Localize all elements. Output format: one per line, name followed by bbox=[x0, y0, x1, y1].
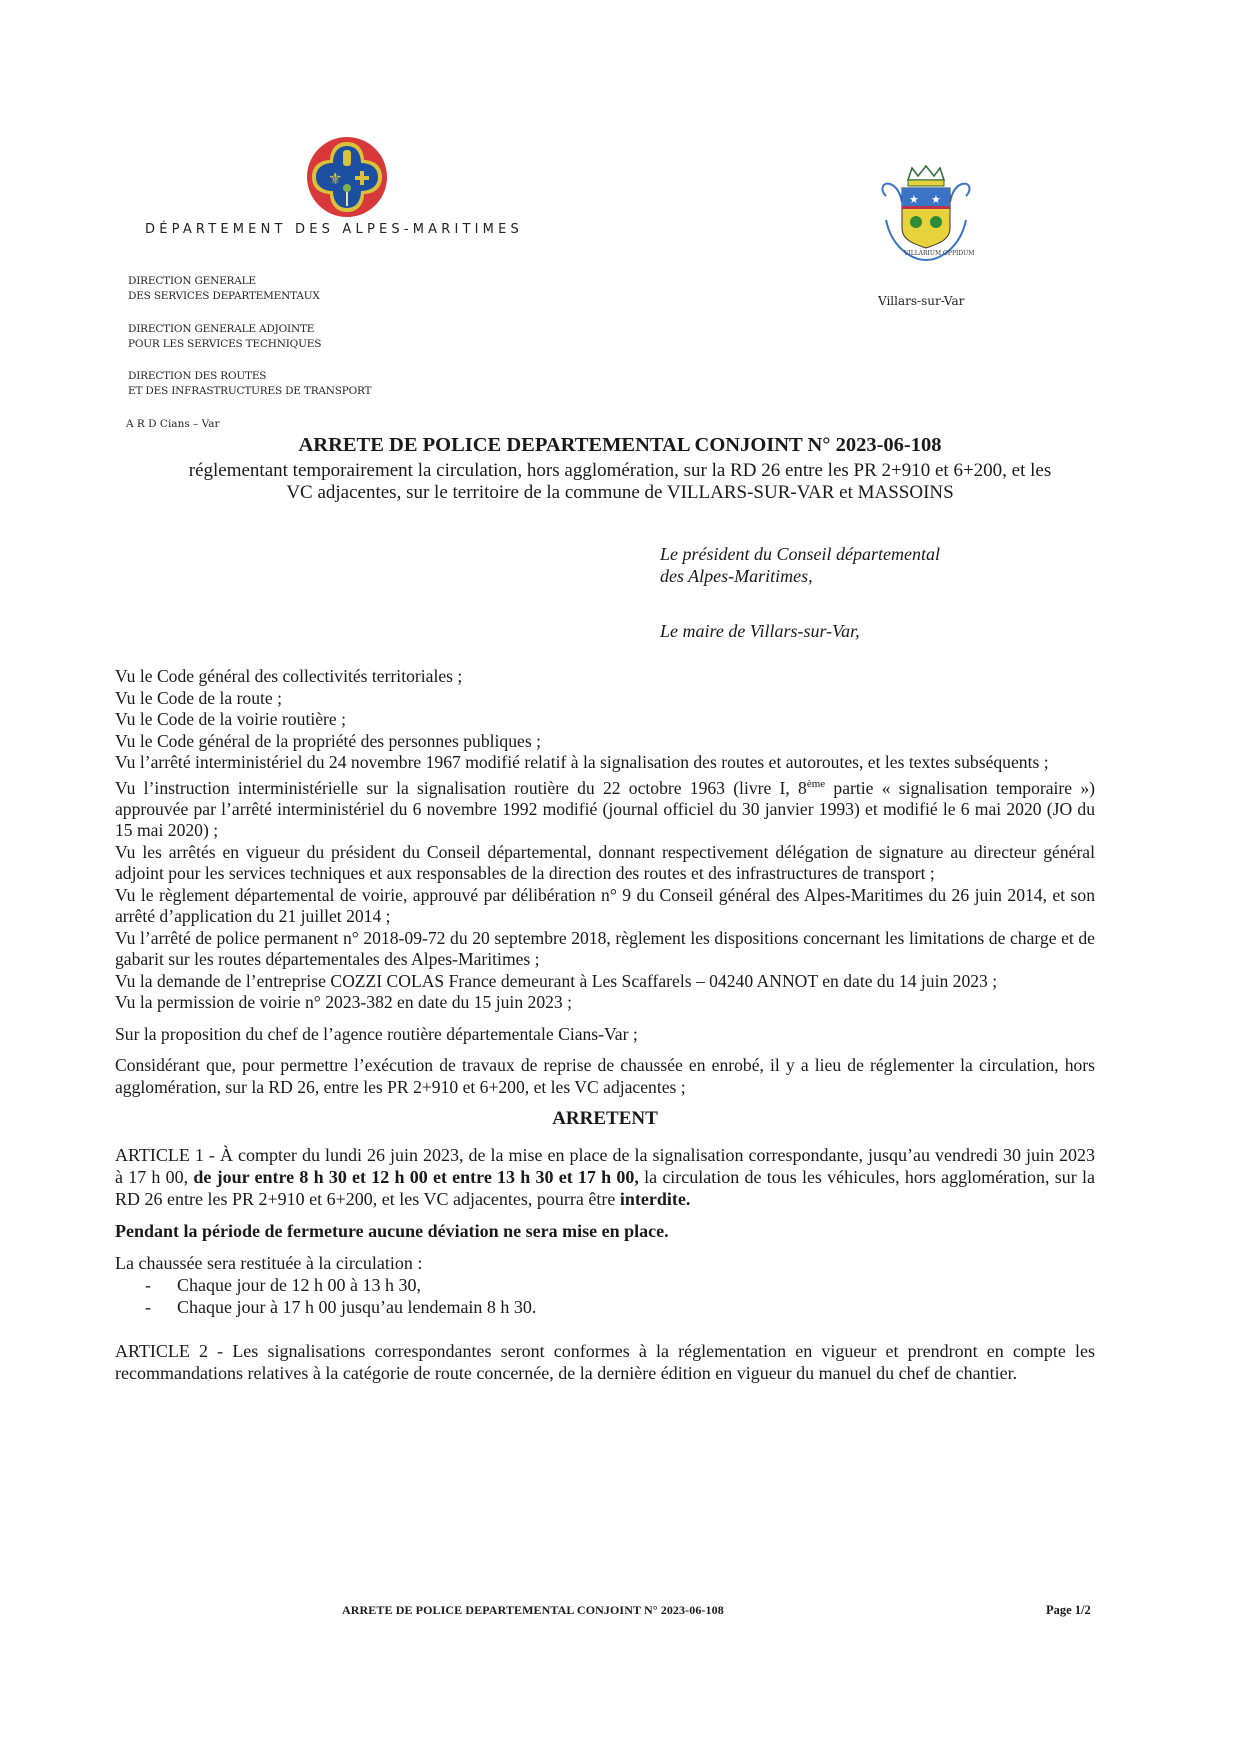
svg-text:★: ★ bbox=[931, 193, 941, 206]
no-deviation-notice: Pendant la période de fermeture aucune d… bbox=[115, 1220, 1095, 1242]
direction-generale: DIRECTION GENERALE DES SERVICES DEPARTEM… bbox=[128, 274, 320, 304]
visa-item: Vu le Code général des collectivités ter… bbox=[115, 666, 1095, 688]
visa-item: Vu la permission de voirie n° 2023-382 e… bbox=[115, 992, 1095, 1014]
signer-mayor: Le maire de Villars-sur-Var, bbox=[660, 620, 860, 642]
visa-item: Vu l’instruction interministérielle sur … bbox=[115, 774, 1095, 842]
agency-label: A R D Cians – Var bbox=[126, 418, 220, 430]
svg-text:★: ★ bbox=[909, 193, 919, 206]
restitution-intro: La chaussée sera restituée à la circulat… bbox=[115, 1252, 1095, 1274]
direction-generale-adjointe: DIRECTION GENERALE ADJOINTE POUR LES SER… bbox=[128, 322, 321, 352]
direction-line: DIRECTION DES ROUTES bbox=[128, 369, 371, 384]
direction-line: DIRECTION GENERALE ADJOINTE bbox=[128, 322, 321, 337]
direction-routes: DIRECTION DES ROUTES ET DES INFRASTRUCTU… bbox=[128, 369, 371, 399]
visa-item: Vu les arrêtés en vigueur du président d… bbox=[115, 842, 1095, 885]
town-name: Villars-sur-Var bbox=[878, 294, 964, 308]
visa-item: Vu l’arrêté de police permanent n° 2018-… bbox=[115, 928, 1095, 971]
signer-line: des Alpes-Maritimes, bbox=[660, 565, 940, 587]
visa-item: Vu la demande de l’entreprise COZZI COLA… bbox=[115, 971, 1095, 993]
document-title: ARRETE DE POLICE DEPARTEMENTAL CONJOINT … bbox=[0, 434, 1240, 457]
article-1: ARTICLE 1 - À compter du lundi 26 juin 2… bbox=[115, 1144, 1095, 1210]
direction-line: ET DES INFRASTRUCTURES DE TRANSPORT bbox=[128, 384, 371, 399]
considerant: Considérant que, pour permettre l’exécut… bbox=[115, 1055, 1095, 1098]
signer-president: Le président du Conseil départemental de… bbox=[660, 543, 940, 587]
page-number: Page 1/2 bbox=[1046, 1603, 1091, 1618]
signer-line: Le président du Conseil départemental bbox=[660, 543, 940, 565]
department-name: DÉPARTEMENT DES ALPES-MARITIMES bbox=[145, 222, 523, 237]
visa-item: Vu le Code de la voirie routière ; bbox=[115, 709, 1095, 731]
svg-text:⚜: ⚜ bbox=[328, 169, 342, 188]
subtitle-line: VC adjacentes, sur le territoire de la c… bbox=[140, 482, 1100, 504]
villars-coat-of-arms: ★ ★ VILLARIUM OPPIDUM bbox=[872, 162, 980, 270]
document-subtitle: réglementant temporairement la circulati… bbox=[140, 460, 1100, 504]
town-motto: VILLARIUM OPPIDUM bbox=[903, 250, 974, 257]
restitution-item: Chaque jour de 12 h 00 à 13 h 30, bbox=[115, 1274, 1095, 1296]
visas-list: Vu le Code général des collectivités ter… bbox=[115, 666, 1095, 1014]
subtitle-line: réglementant temporairement la circulati… bbox=[140, 460, 1100, 482]
direction-line: DES SERVICES DEPARTEMENTAUX bbox=[128, 289, 320, 304]
arretent-heading: ARRETENT bbox=[115, 1108, 1095, 1130]
direction-line: POUR LES SERVICES TECHNIQUES bbox=[128, 337, 321, 352]
article-2: ARTICLE 2 - Les signalisations correspon… bbox=[115, 1340, 1095, 1384]
departement-logo: ⚜ bbox=[306, 136, 388, 218]
restitution-item: Chaque jour à 17 h 00 jusqu’au lendemain… bbox=[115, 1296, 1095, 1318]
visa-item: Vu le Code général de la propriété des p… bbox=[115, 731, 1095, 753]
footer-title: ARRETE DE POLICE DEPARTEMENTAL CONJOINT … bbox=[342, 1603, 724, 1618]
document-body: Vu le Code général des collectivités ter… bbox=[115, 666, 1095, 1384]
visa-item: Vu le Code de la route ; bbox=[115, 688, 1095, 710]
article-1-interdite: interdite. bbox=[620, 1189, 690, 1209]
restitution-list: Chaque jour de 12 h 00 à 13 h 30, Chaque… bbox=[115, 1274, 1095, 1318]
visa-item: Vu le règlement départemental de voirie,… bbox=[115, 885, 1095, 928]
visa-item: Vu l’arrêté interministériel du 24 novem… bbox=[115, 752, 1095, 774]
article-1-hours: de jour entre 8 h 30 et 12 h 00 et entre… bbox=[193, 1167, 638, 1187]
proposition: Sur la proposition du chef de l’agence r… bbox=[115, 1024, 1095, 1046]
direction-line: DIRECTION GENERALE bbox=[128, 274, 320, 289]
